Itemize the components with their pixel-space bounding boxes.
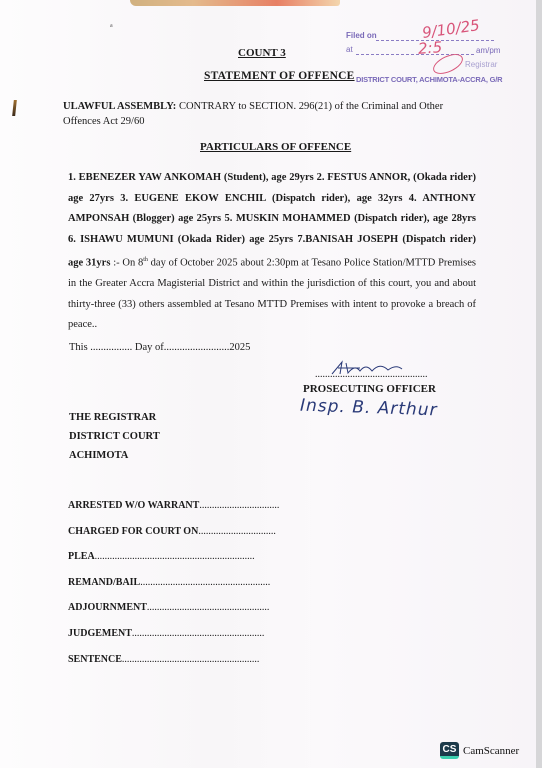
accused-age: age 25yrs xyxy=(249,234,297,245)
stamp-handwritten-time: 2:5 xyxy=(417,38,442,58)
registrar-location-line: ACHIMOTA xyxy=(69,446,160,465)
stamp-registrar-label: Registrar xyxy=(465,60,497,69)
record-field: SENTENCE................................… xyxy=(68,654,279,680)
count-title: COUNT 3 xyxy=(238,47,286,59)
signature-dotted-line: ........................................… xyxy=(315,369,428,380)
stamp-filed-label: Filed on xyxy=(346,31,377,40)
torn-paper-edge xyxy=(130,0,340,6)
accused-age: age 31yrs xyxy=(68,258,113,269)
accused-occupation: (Dispatch rider) xyxy=(402,234,476,245)
record-field-label: SENTENCE xyxy=(68,654,122,665)
scan-speck: a xyxy=(110,23,113,29)
court-filing-stamp: Filed on 9/10/25 at 2:5 am/pm Registrar … xyxy=(340,26,510,88)
offence-name: ULAWFUL ASSEMBLY: xyxy=(63,101,176,112)
accused-occupation: (Dispatch rider), xyxy=(354,213,433,224)
record-field: JUDGEMENT...............................… xyxy=(68,628,279,654)
accused-list: 1. EBENEZER YAW ANKOMAH (Student), age 2… xyxy=(68,172,476,269)
record-field-label: ADJOURNMENT xyxy=(68,602,147,613)
stamp-at-label: at xyxy=(346,45,353,54)
record-field: REMAND/BAIL.............................… xyxy=(68,577,279,603)
stamp-ampm-label: am/pm xyxy=(476,46,500,55)
record-field-blank: ........................................… xyxy=(147,602,270,613)
particulars-of-offence: 1. EBENEZER YAW ANKOMAH (Student), age 2… xyxy=(68,168,476,336)
camscanner-watermark: CS CamScanner xyxy=(440,742,519,759)
record-field-blank: ............................... xyxy=(198,526,276,537)
record-field-label: ARRESTED W/O WARRANT xyxy=(68,500,199,511)
accused-occupation: (Okada rider) xyxy=(413,172,476,183)
record-field-blank: ................................ xyxy=(199,500,279,511)
accused-name: 7.BANISAH JOSEPH xyxy=(297,234,402,245)
record-field-blank: ........................................… xyxy=(132,628,265,639)
paper-fold-mark xyxy=(12,100,17,116)
accused-occupation: (Okada Rider) xyxy=(178,234,249,245)
record-field-label: JUDGEMENT xyxy=(68,628,132,639)
accused-name: 1. EBENEZER YAW ANKOMAH xyxy=(68,172,224,183)
camscanner-brand: CamScanner xyxy=(463,745,519,757)
statement-of-offence-title: STATEMENT OF OFFENCE xyxy=(204,70,355,82)
record-field-blank: ........................................… xyxy=(140,577,270,588)
record-field: CHARGED FOR COURT ON....................… xyxy=(68,526,279,552)
stamp-court-name: DISTRICT COURT, ACHIMOTA-ACCRA, G/R xyxy=(356,75,502,84)
registrar-address: THE REGISTRAR DISTRICT COURT ACHIMOTA xyxy=(69,408,160,465)
accused-entry: 5. MUSKIN MOHAMMED (Dispatch rider), age… xyxy=(225,213,476,224)
prosecuting-officer-label: PROSECUTING OFFICER xyxy=(303,383,436,395)
accused-name: 2. FESTUS ANNOR, xyxy=(317,172,414,183)
handwritten-officer-name: Insp. B. Arthur xyxy=(300,396,438,421)
particulars-title: PARTICULARS OF OFFENCE xyxy=(200,141,351,153)
accused-name: 5. MUSKIN MOHAMMED xyxy=(225,213,355,224)
case-record-fields: ARRESTED W/O WARRANT....................… xyxy=(68,500,279,679)
record-field-label: REMAND/BAIL xyxy=(68,577,140,588)
accused-age: age 29yrs xyxy=(271,172,316,183)
accused-age: age 27yrs xyxy=(68,193,120,204)
camscanner-logo-icon: CS xyxy=(440,742,459,759)
record-field-label: PLEA xyxy=(68,551,95,562)
prosecuting-officer-signature-block: ........................................… xyxy=(300,360,500,430)
accused-entry: 3. EUGENE EKOW ENCHIL (Dispatch rider), … xyxy=(120,193,409,204)
accused-occupation: (Blogger) xyxy=(133,213,178,224)
record-field: PLEA....................................… xyxy=(68,551,279,577)
scanned-page: a COUNT 3 STATEMENT OF OFFENCE Filed on … xyxy=(0,0,536,768)
accused-occupation: (Dispatch rider), xyxy=(272,193,357,204)
registrar-court-line: DISTRICT COURT xyxy=(69,427,160,446)
scan-border xyxy=(536,0,542,768)
registrar-line: THE REGISTRAR xyxy=(69,408,160,427)
particulars-intro: :- On 8 xyxy=(113,258,143,269)
record-field-blank: ........................................… xyxy=(122,654,260,665)
accused-entry: 1. EBENEZER YAW ANKOMAH (Student), age 2… xyxy=(68,172,317,183)
record-field: ADJOURNMENT.............................… xyxy=(68,602,279,628)
accused-age: age 28yrs xyxy=(433,213,476,224)
accused-entry: 6. ISHAWU MUMUNI (Okada Rider) age 25yrs xyxy=(68,234,297,245)
accused-name: 3. EUGENE EKOW ENCHIL xyxy=(120,193,272,204)
accused-age: age 32yrs xyxy=(357,193,409,204)
record-field-label: CHARGED FOR COURT ON xyxy=(68,526,198,537)
record-field: ARRESTED W/O WARRANT....................… xyxy=(68,500,279,526)
accused-occupation: (Student), xyxy=(224,172,271,183)
accused-age: age 25yrs xyxy=(178,213,224,224)
record-field-blank: ........................................… xyxy=(95,551,255,562)
statement-of-offence-text: ULAWFUL ASSEMBLY: CONTRARY to SECTION. 2… xyxy=(63,99,483,129)
date-line: This ................ Day of............… xyxy=(69,342,250,353)
accused-name: 6. ISHAWU MUMUNI xyxy=(68,234,178,245)
